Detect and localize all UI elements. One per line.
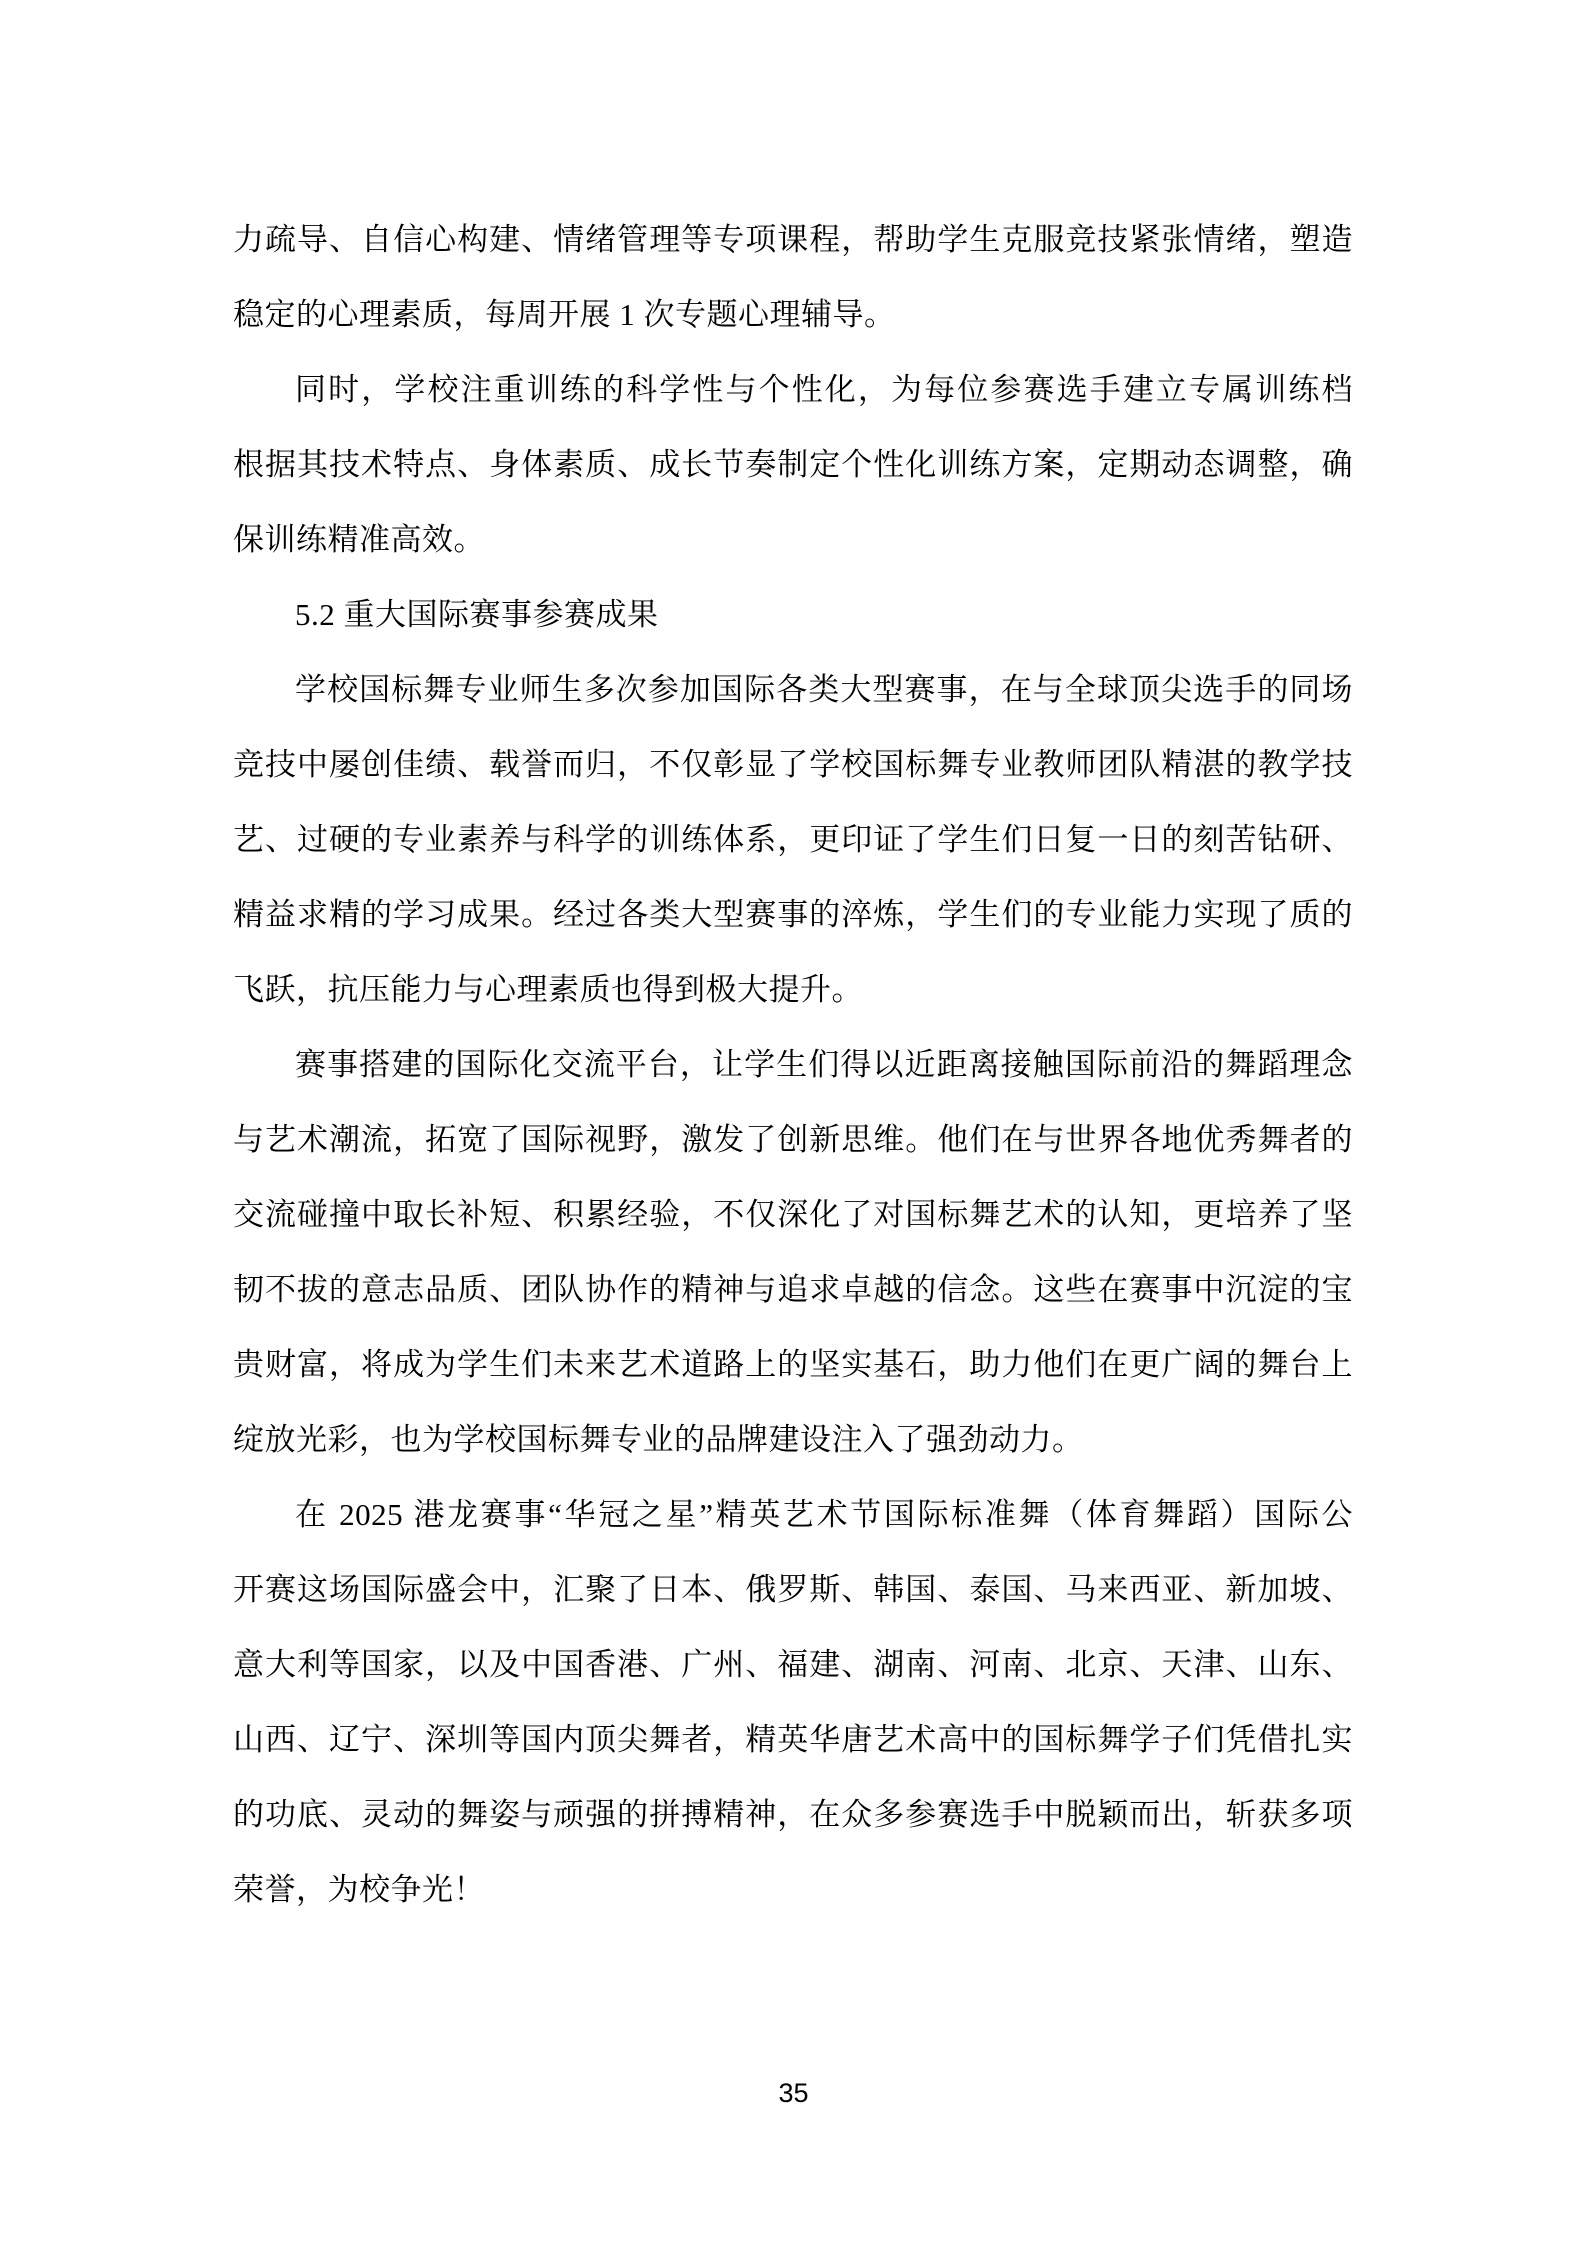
text-line: 学校国标舞专业师生多次参加国际各类大型赛事，在与全球顶尖选手的同场 <box>233 652 1353 727</box>
paragraph-competition-achievements: 学校国标舞专业师生多次参加国际各类大型赛事，在与全球顶尖选手的同场竞技中屡创佳绩… <box>233 652 1353 1027</box>
text-line: 的功底、灵动的舞姿与顽强的拼搏精神，在众多参赛选手中脱颖而出，斩获多项 <box>233 1777 1353 1852</box>
text-line: 交流碰撞中取长补短、积累经验，不仅深化了对国标舞艺术的认知，更培养了坚 <box>233 1177 1353 1252</box>
text-line: 意大利等国家，以及中国香港、广州、福建、湖南、河南、北京、天津、山东、 <box>233 1627 1353 1702</box>
document-body: 力疏导、自信心构建、情绪管理等专项课程，帮助学生克服竞技紧张情绪，塑造稳定的心理… <box>233 202 1353 1927</box>
text-line: 飞跃，抗压能力与心理素质也得到极大提升。 <box>233 952 1353 1027</box>
text-line: 精益求精的学习成果。经过各类大型赛事的淬炼，学生们的专业能力实现了质的 <box>233 877 1353 952</box>
text-line: 保训练精准高效。 <box>233 502 1353 577</box>
text-line: 根据其技术特点、身体素质、成长节奏制定个性化训练方案，定期动态调整，确 <box>233 427 1353 502</box>
text-line: 在 2025 港龙赛事“华冠之星”精英艺术节国际标准舞（体育舞蹈）国际公 <box>233 1477 1353 1552</box>
text-line: 开赛这场国际盛会中，汇聚了日本、俄罗斯、韩国、泰国、马来西亚、新加坡、 <box>233 1552 1353 1627</box>
text-line: 绽放光彩，也为学校国标舞专业的品牌建设注入了强劲动力。 <box>233 1402 1353 1477</box>
text-line: 同时，学校注重训练的科学性与个性化，为每位参赛选手建立专属训练档案， <box>233 352 1353 427</box>
text-line: 与艺术潮流，拓宽了国际视野，激发了创新思维。他们在与世界各地优秀舞者的 <box>233 1102 1353 1177</box>
text-line: 竞技中屡创佳绩、载誉而归，不仅彰显了学校国标舞专业教师团队精湛的教学技 <box>233 727 1353 802</box>
heading-section-5-2: 5.2 重大国际赛事参赛成果 <box>233 577 1353 652</box>
text-line: 山西、辽宁、深圳等国内顶尖舞者，精英华唐艺术高中的国标舞学子们凭借扎实 <box>233 1702 1353 1777</box>
document-page: 力疏导、自信心构建、情绪管理等专项课程，帮助学生克服竞技紧张情绪，塑造稳定的心理… <box>0 0 1587 2245</box>
text-line: 赛事搭建的国际化交流平台，让学生们得以近距离接触国际前沿的舞蹈理念 <box>233 1027 1353 1102</box>
text-line: 荣誉，为校争光！ <box>233 1852 1353 1927</box>
text-line: 韧不拔的意志品质、团队协作的精神与追求卓越的信念。这些在赛事中沉淀的宝 <box>233 1252 1353 1327</box>
text-line: 贵财富，将成为学生们未来艺术道路上的坚实基石，助力他们在更广阔的舞台上 <box>233 1327 1353 1402</box>
page-number: 35 <box>778 2078 808 2108</box>
paragraph-psych-courses-continuation: 力疏导、自信心构建、情绪管理等专项课程，帮助学生克服竞技紧张情绪，塑造稳定的心理… <box>233 202 1353 352</box>
page-footer: 35 <box>0 2080 1587 2107</box>
text-line: 5.2 重大国际赛事参赛成果 <box>233 577 1353 652</box>
text-line: 力疏导、自信心构建、情绪管理等专项课程，帮助学生克服竞技紧张情绪，塑造 <box>233 202 1353 277</box>
paragraph-personalized-training: 同时，学校注重训练的科学性与个性化，为每位参赛选手建立专属训练档案，根据其技术特… <box>233 352 1353 577</box>
text-line: 艺、过硬的专业素养与科学的训练体系，更印证了学生们日复一日的刻苦钻研、 <box>233 802 1353 877</box>
text-line: 稳定的心理素质，每周开展 1 次专题心理辅导。 <box>233 277 1353 352</box>
paragraph-2025-ganglong-event: 在 2025 港龙赛事“华冠之星”精英艺术节国际标准舞（体育舞蹈）国际公开赛这场… <box>233 1477 1353 1927</box>
paragraph-international-exchange: 赛事搭建的国际化交流平台，让学生们得以近距离接触国际前沿的舞蹈理念与艺术潮流，拓… <box>233 1027 1353 1477</box>
